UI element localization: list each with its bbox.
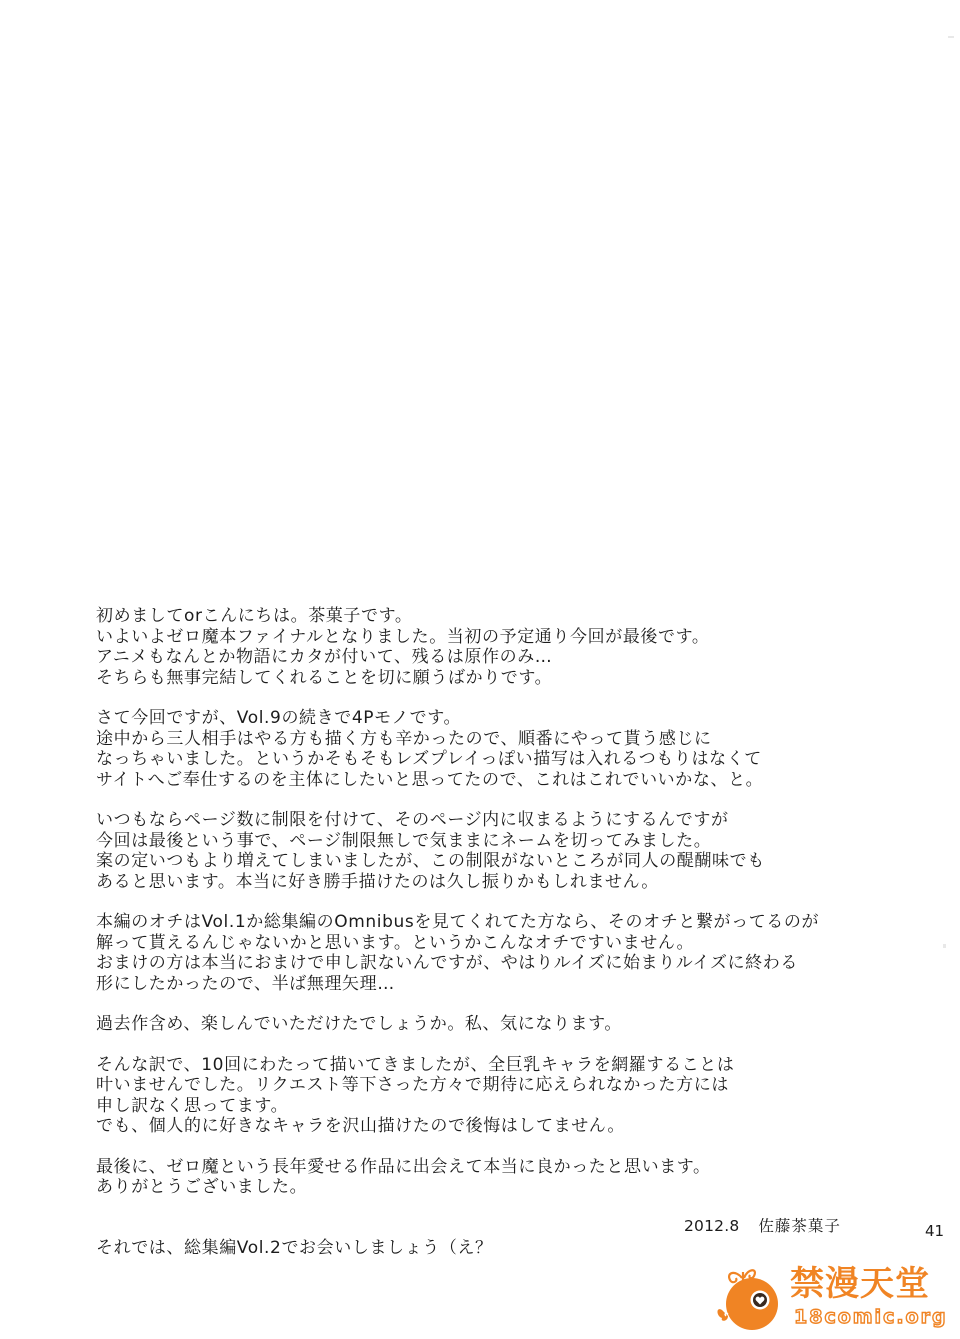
watermark-url-link[interactable]: 18comic.org: [794, 1306, 948, 1328]
text-line: そちらも無事完結してくれることを切に願うばかりです。: [96, 668, 876, 689]
paragraph-this-volume: さて今回ですが、Vol.9の続きで4Pモノです。 途中から三人相手はやる方も描く…: [96, 708, 876, 790]
text-line: 解って貰えるんじゃないかと思います。というかこんなオチですいません。: [96, 933, 876, 954]
text-line: 申し訳なく思ってます。: [96, 1096, 876, 1117]
text-line: いよいよゼロ魔本ファイナルとなりました。当初の予定通り今回が最後です。: [96, 627, 876, 648]
text-line: サイトへご奉仕するのを主体にしたいと思ってたので、これはこれでいいかな、と。: [96, 770, 876, 791]
watermark-title: 禁漫天堂: [790, 1264, 930, 1304]
signature: 2012.8 佐藤茶菓子: [684, 1214, 841, 1236]
paragraph-ending: 本編のオチはVol.1か総集編のOmnibusを見てくれてた方なら、そのオチと繋…: [96, 912, 876, 994]
paragraph-greeting: 初めましてorこんにちは。茶菓子です。 いよいよゼロ魔本ファイナルとなりました。…: [96, 606, 876, 688]
text-line: いつもならページ数に制限を付けて、そのページ内に収まるようにするんですが: [96, 810, 876, 831]
paragraph-past-works: 過去作含め、楽しんでいただけたでしょうか。私、気になります。: [96, 1014, 876, 1035]
text-line: でも、個人的に好きなキャラを沢山描けたので後悔はしてません。: [96, 1116, 876, 1137]
paragraph-ten-volumes: そんな訳で、10回にわたって描いてきましたが、全巨乳キャラを網羅することは 叶い…: [96, 1055, 876, 1137]
text-line: おまけの方は本当におまけで申し訳ないんですが、やはりルイズに始まりルイズに終わる: [96, 953, 876, 974]
text-line: それでは、総集編Vol.2でお会いしましょう（え？: [96, 1238, 876, 1259]
text-line: 最後に、ゼロ魔という長年愛せる作品に出会えて本当に良かったと思います。: [96, 1157, 876, 1178]
scan-artifact: [948, 36, 954, 38]
text-line: そんな訳で、10回にわたって描いてきましたが、全巨乳キャラを網羅することは: [96, 1055, 876, 1076]
scan-artifact: [943, 944, 946, 948]
signature-date: 2012.8: [684, 1217, 739, 1235]
text-line: 今回は最後という事で、ページ制限無しで気ままにネームを切ってみました。: [96, 831, 876, 852]
text-line: 叶いませんでした。リクエスト等下さった方々で期待に応えられなかった方には: [96, 1075, 876, 1096]
text-line: 途中から三人相手はやる方も描く方も辛かったので、順番にやって貰う感じに: [96, 729, 876, 750]
text-line: なっちゃいました。というかそもそもレズプレイっぽい描写は入れるつもりはなくて: [96, 749, 876, 770]
page-number: 41: [925, 1222, 944, 1240]
text-line: さて今回ですが、Vol.9の続きで4Pモノです。: [96, 708, 876, 729]
text-line: 初めましてorこんにちは。茶菓子です。: [96, 606, 876, 627]
paragraph-thanks: 最後に、ゼロ魔という長年愛せる作品に出会えて本当に良かったと思います。 ありがと…: [96, 1157, 876, 1198]
text-line: 形にしたかったので、半ば無理矢理…: [96, 974, 876, 995]
paragraph-farewell: それでは、総集編Vol.2でお会いしましょう（え？: [96, 1238, 876, 1259]
text-line: 過去作含め、楽しんでいただけたでしょうか。私、気になります。: [96, 1014, 876, 1035]
manga-afterword-page: 初めましてorこんにちは。茶菓子です。 いよいよゼロ魔本ファイナルとなりました。…: [0, 0, 960, 1339]
text-line: 本編のオチはVol.1か総集編のOmnibusを見てくれてた方なら、そのオチと繋…: [96, 912, 876, 933]
afterword-text: 初めましてorこんにちは。茶菓子です。 いよいよゼロ魔本ファイナルとなりました。…: [96, 606, 876, 1278]
text-line: 案の定いつもより増えてしまいましたが、この制限がないところが同人の醍醐味でも: [96, 851, 876, 872]
text-line: アニメもなんとか物語にカタが付いて、残るは原作のみ…: [96, 647, 876, 668]
site-watermark[interactable]: 禁漫天堂 18comic.org: [712, 1258, 952, 1334]
text-line: あると思います。本当に好き勝手描けたのは久し振りかもしれません。: [96, 872, 876, 893]
text-line: ありがとうございました。: [96, 1177, 876, 1198]
paragraph-page-limits: いつもならページ数に制限を付けて、そのページ内に収まるようにするんですが 今回は…: [96, 810, 876, 892]
orange-whale-mascot-icon: [712, 1258, 792, 1334]
signature-author: 佐藤茶菓子: [758, 1217, 841, 1235]
